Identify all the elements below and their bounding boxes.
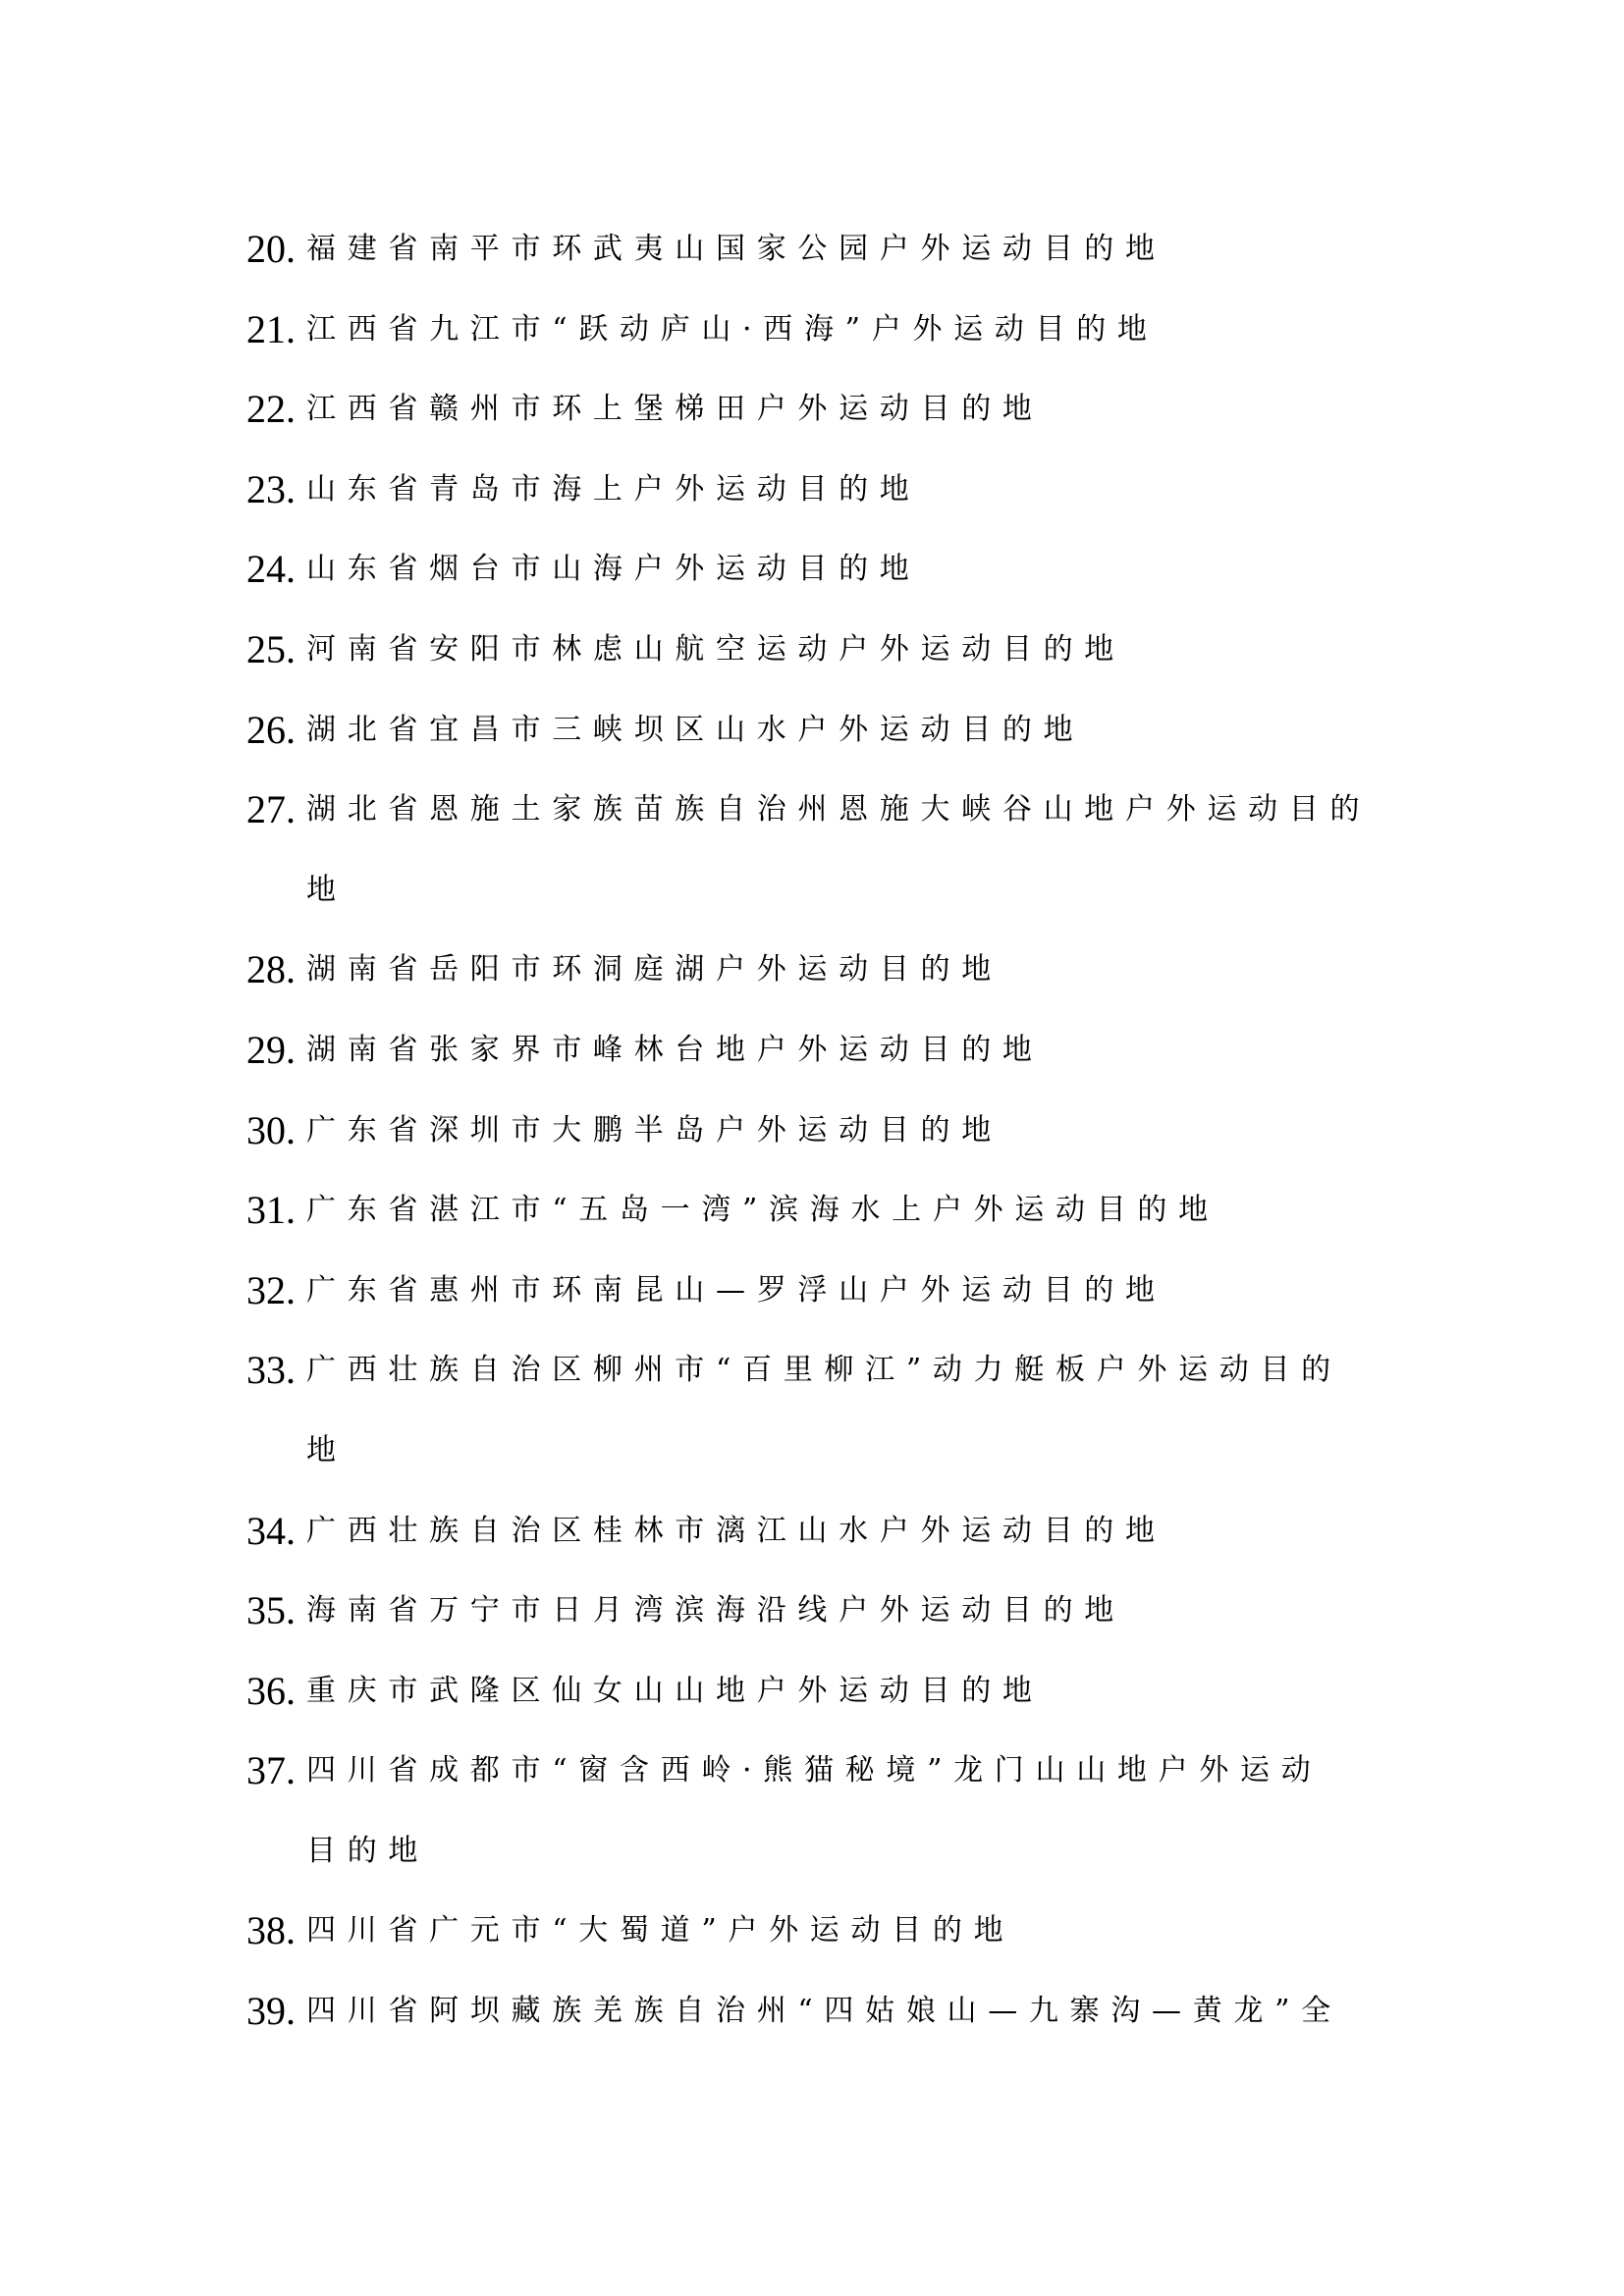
item-number: 26. <box>246 690 296 771</box>
list-item-row: 23. 山东省青岛市海上户外运动目的地 <box>0 450 1624 530</box>
list-item-continuation-row: 地 <box>0 850 1624 931</box>
list-item-row: 22. 江西省赣州市环上堡梯田户外运动目的地 <box>0 369 1624 450</box>
document-page: 20. 福建省南平市环武夷山国家公园户外运动目的地 21. 江西省九江市“跃动庐… <box>0 0 1624 2296</box>
list-item: 31. 广东省湛江市“五岛一湾”滨海水上户外运动目的地 <box>0 1170 1624 1251</box>
item-number: 24. <box>246 529 296 610</box>
item-text: 广西壮族自治区桂林市漓江山水户外运动目的地 <box>306 1491 1166 1572</box>
list-item: 21. 江西省九江市“跃动庐山·西海”户外运动目的地 <box>0 290 1624 370</box>
list-item: 29. 湖南省张家界市峰林台地户外运动目的地 <box>0 1010 1624 1091</box>
item-number: 37. <box>246 1731 296 1811</box>
list-item-row: 32. 广东省惠州市环南昆山—罗浮山户外运动目的地 <box>0 1251 1624 1331</box>
list-item: 28. 湖南省岳阳市环洞庭湖户外运动目的地 <box>0 930 1624 1010</box>
list-item-continuation-row: 目的地 <box>0 1811 1624 1892</box>
list-item: 20. 福建省南平市环武夷山国家公园户外运动目的地 <box>0 209 1624 290</box>
item-text: 河南省安阳市林虑山航空运动户外运动目的地 <box>306 610 1125 690</box>
item-text: 福建省南平市环武夷山国家公园户外运动目的地 <box>306 209 1166 290</box>
item-number: 28. <box>246 930 296 1010</box>
list-item: 22. 江西省赣州市环上堡梯田户外运动目的地 <box>0 369 1624 450</box>
item-text: 四川省阿坝藏族羌族自治州“四姑娘山—九寨沟—黄龙”全 <box>306 1971 1342 2052</box>
list-item-row: 28. 湖南省岳阳市环洞庭湖户外运动目的地 <box>0 930 1624 1010</box>
item-text: 四川省成都市“窗含西岭·熊猫秘境”龙门山山地户外运动 <box>306 1731 1322 1811</box>
list-item-row: 37. 四川省成都市“窗含西岭·熊猫秘境”龙门山山地户外运动 <box>0 1731 1624 1811</box>
item-text: 湖北省恩施土家族苗族自治州恩施大峡谷山地户外运动目的 <box>306 770 1371 850</box>
item-number: 36. <box>246 1651 296 1732</box>
list-item: 36. 重庆市武隆区仙女山山地户外运动目的地 <box>0 1651 1624 1732</box>
item-number: 32. <box>246 1251 296 1331</box>
list-item: 39. 四川省阿坝藏族羌族自治州“四姑娘山—九寨沟—黄龙”全 <box>0 1971 1624 2052</box>
item-text: 重庆市武隆区仙女山山地户外运动目的地 <box>306 1651 1044 1732</box>
item-text: 湖北省宜昌市三峡坝区山水户外运动目的地 <box>306 690 1084 771</box>
list-item-row: 21. 江西省九江市“跃动庐山·西海”户外运动目的地 <box>0 290 1624 370</box>
list-item: 34. 广西壮族自治区桂林市漓江山水户外运动目的地 <box>0 1491 1624 1572</box>
item-number: 30. <box>246 1091 296 1171</box>
item-text: 湖南省岳阳市环洞庭湖户外运动目的地 <box>306 930 1002 1010</box>
list-item-row: 20. 福建省南平市环武夷山国家公园户外运动目的地 <box>0 209 1624 290</box>
item-text: 广东省深圳市大鹏半岛户外运动目的地 <box>306 1091 1002 1171</box>
item-number: 21. <box>246 290 296 370</box>
list-item-row: 35. 海南省万宁市日月湾滨海沿线户外运动目的地 <box>0 1571 1624 1651</box>
list-item: 24. 山东省烟台市山海户外运动目的地 <box>0 529 1624 610</box>
item-text: 四川省广元市“大蜀道”户外运动目的地 <box>306 1891 1014 1971</box>
item-text: 广东省惠州市环南昆山—罗浮山户外运动目的地 <box>306 1251 1166 1331</box>
item-number: 27. <box>246 770 296 850</box>
list-item-row: 33. 广西壮族自治区柳州市“百里柳江”动力艇板户外运动目的 <box>0 1330 1624 1411</box>
item-number: 38. <box>246 1891 296 1971</box>
list-item: 30. 广东省深圳市大鹏半岛户外运动目的地 <box>0 1091 1624 1171</box>
item-text: 广东省湛江市“五岛一湾”滨海水上户外运动目的地 <box>306 1170 1219 1251</box>
list-item: 25. 河南省安阳市林虑山航空运动户外运动目的地 <box>0 610 1624 690</box>
item-text-continuation: 目的地 <box>306 1811 429 1892</box>
list-item-row: 30. 广东省深圳市大鹏半岛户外运动目的地 <box>0 1091 1624 1171</box>
list-item: 38. 四川省广元市“大蜀道”户外运动目的地 <box>0 1891 1624 1971</box>
item-number: 31. <box>246 1170 296 1251</box>
list-item-row: 29. 湖南省张家界市峰林台地户外运动目的地 <box>0 1010 1624 1091</box>
list-item: 27. 湖北省恩施土家族苗族自治州恩施大峡谷山地户外运动目的 地 <box>0 770 1624 930</box>
item-number: 22. <box>246 369 296 450</box>
item-number: 20. <box>246 209 296 290</box>
list-item-row: 24. 山东省烟台市山海户外运动目的地 <box>0 529 1624 610</box>
item-text: 江西省九江市“跃动庐山·西海”户外运动目的地 <box>306 290 1159 370</box>
list-item: 37. 四川省成都市“窗含西岭·熊猫秘境”龙门山山地户外运动 目的地 <box>0 1731 1624 1891</box>
item-number: 35. <box>246 1571 296 1651</box>
list-item: 23. 山东省青岛市海上户外运动目的地 <box>0 450 1624 530</box>
item-text: 广西壮族自治区柳州市“百里柳江”动力艇板户外运动目的 <box>306 1330 1342 1411</box>
list-item-row: 27. 湖北省恩施土家族苗族自治州恩施大峡谷山地户外运动目的 <box>0 770 1624 850</box>
item-text: 山东省青岛市海上户外运动目的地 <box>306 450 921 530</box>
item-number: 33. <box>246 1330 296 1411</box>
list-item: 35. 海南省万宁市日月湾滨海沿线户外运动目的地 <box>0 1571 1624 1651</box>
list-item: 33. 广西壮族自治区柳州市“百里柳江”动力艇板户外运动目的 地 <box>0 1330 1624 1490</box>
list-item-row: 38. 四川省广元市“大蜀道”户外运动目的地 <box>0 1891 1624 1971</box>
list-item-continuation-row: 地 <box>0 1411 1624 1491</box>
item-number: 34. <box>246 1491 296 1572</box>
item-number: 29. <box>246 1010 296 1091</box>
item-text: 江西省赣州市环上堡梯田户外运动目的地 <box>306 369 1044 450</box>
item-number: 23. <box>246 450 296 530</box>
item-text-continuation: 地 <box>306 850 348 931</box>
list-item-row: 34. 广西壮族自治区桂林市漓江山水户外运动目的地 <box>0 1491 1624 1572</box>
list-item-row: 39. 四川省阿坝藏族羌族自治州“四姑娘山—九寨沟—黄龙”全 <box>0 1971 1624 2052</box>
list-item-row: 26. 湖北省宜昌市三峡坝区山水户外运动目的地 <box>0 690 1624 771</box>
item-text: 山东省烟台市山海户外运动目的地 <box>306 529 921 610</box>
destination-list: 20. 福建省南平市环武夷山国家公园户外运动目的地 21. 江西省九江市“跃动庐… <box>0 209 1624 2052</box>
list-item: 32. 广东省惠州市环南昆山—罗浮山户外运动目的地 <box>0 1251 1624 1331</box>
item-number: 25. <box>246 610 296 690</box>
item-text-continuation: 地 <box>306 1411 348 1491</box>
item-text: 海南省万宁市日月湾滨海沿线户外运动目的地 <box>306 1571 1125 1651</box>
list-item-row: 36. 重庆市武隆区仙女山山地户外运动目的地 <box>0 1651 1624 1732</box>
item-text: 湖南省张家界市峰林台地户外运动目的地 <box>306 1010 1044 1091</box>
list-item-row: 31. 广东省湛江市“五岛一湾”滨海水上户外运动目的地 <box>0 1170 1624 1251</box>
list-item: 26. 湖北省宜昌市三峡坝区山水户外运动目的地 <box>0 690 1624 771</box>
list-item-row: 25. 河南省安阳市林虑山航空运动户外运动目的地 <box>0 610 1624 690</box>
item-number: 39. <box>246 1971 296 2052</box>
